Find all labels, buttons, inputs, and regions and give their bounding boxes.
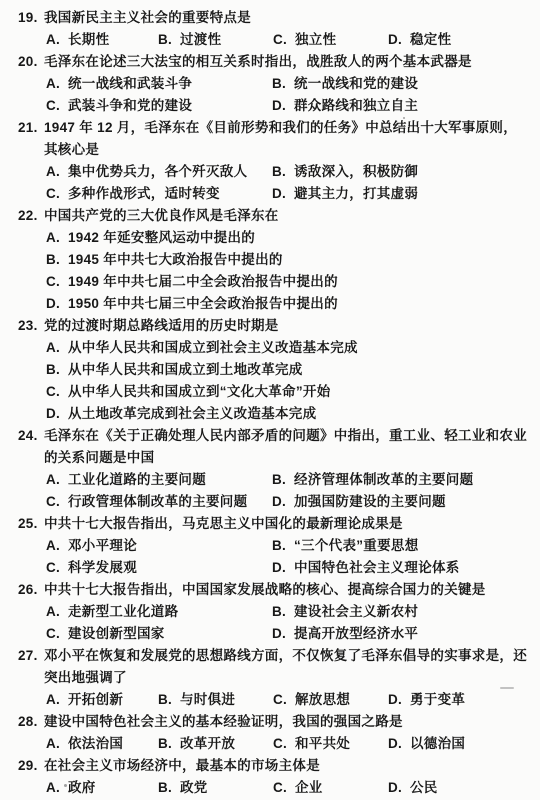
- question-28: 28. 建设中国特色社会主义的基本经验证明，我国的强国之路是 A. 依法治国 B…: [18, 711, 532, 755]
- option-letter: B.: [272, 161, 294, 183]
- question-stem: 28. 建设中国特色社会主义的基本经验证明，我国的强国之路是: [18, 711, 532, 733]
- answer-option-A: A. 政府: [46, 777, 158, 799]
- option-letter: B.: [158, 689, 180, 711]
- option-letter: A.: [46, 535, 68, 557]
- option-text: 公民: [410, 777, 532, 799]
- answer-option-C: C. 从中华人民共和国成立到“文化大革命”开始: [46, 381, 532, 403]
- question-stem: 22. 中国共产党的三大优良作风是毛泽东在: [18, 205, 532, 227]
- question-25: 25. 中共十七大报告指出，马克思主义中国化的最新理论成果是 A. 邓小平理论 …: [18, 513, 532, 579]
- answer-option-A: A. 长期性: [46, 29, 158, 51]
- option-letter: D.: [388, 29, 410, 51]
- question-number: 27.: [18, 645, 44, 667]
- option-text: 改革开放: [180, 733, 273, 755]
- question-number: 23.: [18, 315, 44, 337]
- option-letter: A.: [46, 469, 68, 491]
- question-26: 26. 中共十七大报告指出，中国国家发展战略的核心、提高综合国力的关键是 A. …: [18, 579, 532, 645]
- answer-option-D: D. 避其主力，打其虚弱: [272, 183, 532, 205]
- option-text: 统一战线和党的建设: [294, 73, 532, 95]
- option-text: 1950 年中共七届三中全会政治报告中提出的: [68, 293, 532, 315]
- option-letter: C.: [46, 623, 68, 645]
- answer-option-B: B. 从中华人民共和国成立到土地改革完成: [46, 359, 532, 381]
- answer-option-D: D. 稳定性: [388, 29, 532, 51]
- answer-option-A: A. 集中优势兵力，各个歼灭敌人: [46, 161, 272, 183]
- option-text: 统一战线和武装斗争: [68, 73, 272, 95]
- question-text: 在社会主义市场经济中，最基本的市场主体是: [44, 755, 532, 777]
- option-group: A. 工业化道路的主要问题 B. 经济管理体制改革的主要问题 C. 行政管理体制…: [18, 469, 532, 513]
- option-text: 邓小平理论: [68, 535, 272, 557]
- question-stem: 20. 毛泽东在论述三大法宝的相互关系时指出，战胜敌人的两个基本武器是: [18, 51, 532, 73]
- answer-option-A: A. 邓小平理论: [46, 535, 272, 557]
- option-text: 从中华人民共和国成立到“文化大革命”开始: [68, 381, 532, 403]
- question-list: 19. 我国新民主主义社会的重要特点是 A. 长期性 B. 过渡性 C. 独立性…: [18, 7, 532, 799]
- question-23: 23. 党的过渡时期总路线适用的历史时期是 A. 从中华人民共和国成立到社会主义…: [18, 315, 532, 425]
- option-text: 诱敌深入，积极防御: [294, 161, 532, 183]
- answer-option-A: A. 依法治国: [46, 733, 158, 755]
- option-text: 1949 年中共七届二中全会政治报告中提出的: [68, 271, 532, 293]
- option-text: 经济管理体制改革的主要问题: [294, 469, 532, 491]
- option-letter: A.: [46, 29, 68, 51]
- question-27: 27. 邓小平在恢复和发展党的思想路线方面，不仅恢复了毛泽东倡导的实事求是，还突…: [18, 645, 532, 711]
- answer-option-A: A. 1942 年延安整风运动中提出的: [46, 227, 532, 249]
- option-group: A. 走新型工业化道路 B. 建设社会主义新农村 C. 建设创新型国家 D. 提…: [18, 601, 532, 645]
- option-text: 科学发展观: [68, 557, 272, 579]
- option-letter: B.: [272, 535, 294, 557]
- answer-option-D: D. 1950 年中共七届三中全会政治报告中提出的: [46, 293, 532, 315]
- option-text: 1942 年延安整风运动中提出的: [68, 227, 532, 249]
- option-text: 稳定性: [410, 29, 532, 51]
- question-text: 我国新民主主义社会的重要特点是: [44, 7, 532, 29]
- option-text: 和平共处: [295, 733, 388, 755]
- option-text: 中国特色社会主义理论体系: [294, 557, 532, 579]
- option-text: 政府: [68, 777, 158, 799]
- option-text: 以德治国: [410, 733, 532, 755]
- question-text: 1947 年 12 月，毛泽东在《目前形势和我们的任务》中总结出十大军事原则，其…: [44, 117, 532, 161]
- question-text: 毛泽东在《关于正确处理人民内部矛盾的问题》中指出，重工业、轻工业和农业的关系问题…: [44, 425, 532, 469]
- option-letter: B.: [46, 359, 68, 381]
- option-text: 长期性: [68, 29, 158, 51]
- option-letter: C.: [273, 733, 295, 755]
- answer-option-B: B. 经济管理体制改革的主要问题: [272, 469, 532, 491]
- option-letter: D.: [272, 183, 294, 205]
- answer-option-D: D. 中国特色社会主义理论体系: [272, 557, 532, 579]
- option-letter: C.: [46, 381, 68, 403]
- answer-option-C: C. 多种作战形式，适时转变: [46, 183, 272, 205]
- option-text: 依法治国: [68, 733, 158, 755]
- option-letter: B.: [158, 733, 180, 755]
- answer-option-C: C. 独立性: [273, 29, 388, 51]
- option-letter: C.: [46, 183, 68, 205]
- option-text: 开拓创新: [68, 689, 158, 711]
- answer-option-A: A. 开拓创新: [46, 689, 158, 711]
- option-letter: C.: [46, 95, 68, 117]
- question-stem: 23. 党的过渡时期总路线适用的历史时期是: [18, 315, 532, 337]
- question-20: 20. 毛泽东在论述三大法宝的相互关系时指出，战胜敌人的两个基本武器是 A. 统…: [18, 51, 532, 117]
- option-group: A. 1942 年延安整风运动中提出的 B. 1945 年中共七大政治报告中提出…: [18, 227, 532, 315]
- question-stem: 25. 中共十七大报告指出，马克思主义中国化的最新理论成果是: [18, 513, 532, 535]
- option-letter: A.: [46, 161, 68, 183]
- option-text: 解放思想: [295, 689, 388, 711]
- scan-speck: [500, 687, 514, 689]
- answer-option-D: D. 以德治国: [388, 733, 532, 755]
- option-group: A. 统一战线和武装斗争 B. 统一战线和党的建设 C. 武装斗争和党的建设 D…: [18, 73, 532, 117]
- answer-option-C: C. 企业: [273, 777, 388, 799]
- question-number: 24.: [18, 425, 44, 447]
- option-letter: A.: [46, 601, 68, 623]
- option-group: A. 长期性 B. 过渡性 C. 独立性 D. 稳定性: [18, 29, 532, 51]
- question-number: 19.: [18, 7, 44, 29]
- question-text: 建设中国特色社会主义的基本经验证明，我国的强国之路是: [44, 711, 532, 733]
- option-letter: D.: [272, 623, 294, 645]
- answer-option-D: D. 群众路线和独立自主: [272, 95, 532, 117]
- option-text: 集中优势兵力，各个歼灭敌人: [68, 161, 272, 183]
- option-text: 走新型工业化道路: [68, 601, 272, 623]
- answer-option-B: B. “三个代表”重要思想: [272, 535, 532, 557]
- question-stem: 26. 中共十七大报告指出，中国国家发展战略的核心、提高综合国力的关键是: [18, 579, 532, 601]
- option-group: A. 从中华人民共和国成立到社会主义改造基本完成 B. 从中华人民共和国成立到土…: [18, 337, 532, 425]
- answer-option-B: B. 1945 年中共七大政治报告中提出的: [46, 249, 532, 271]
- question-text: 党的过渡时期总路线适用的历史时期是: [44, 315, 532, 337]
- exam-page: 19. 我国新民主主义社会的重要特点是 A. 长期性 B. 过渡性 C. 独立性…: [0, 0, 540, 800]
- question-stem: 24. 毛泽东在《关于正确处理人民内部矛盾的问题》中指出，重工业、轻工业和农业的…: [18, 425, 532, 469]
- answer-option-B: B. 与时俱进: [158, 689, 273, 711]
- option-letter: B.: [272, 73, 294, 95]
- answer-option-D: D. 从土地改革完成到社会主义改造基本完成: [46, 403, 532, 425]
- answer-option-A: A. 工业化道路的主要问题: [46, 469, 272, 491]
- option-text: 政党: [180, 777, 273, 799]
- option-text: 从中华人民共和国成立到社会主义改造基本完成: [68, 337, 532, 359]
- option-text: 群众路线和独立自主: [294, 95, 532, 117]
- question-29: 29. 在社会主义市场经济中，最基本的市场主体是 A. 政府 B. 政党 C. …: [18, 755, 532, 799]
- answer-option-B: B. 改革开放: [158, 733, 273, 755]
- option-text: 1945 年中共七大政治报告中提出的: [68, 249, 532, 271]
- answer-option-D: D. 公民: [388, 777, 532, 799]
- option-letter: B.: [158, 29, 180, 51]
- question-number: 20.: [18, 51, 44, 73]
- option-group: A. 邓小平理论 B. “三个代表”重要思想 C. 科学发展观 D. 中国特色社…: [18, 535, 532, 579]
- option-text: 提高开放型经济水平: [294, 623, 532, 645]
- option-text: 从土地改革完成到社会主义改造基本完成: [68, 403, 532, 425]
- option-letter: A.: [46, 227, 68, 249]
- scan-speck: [64, 784, 67, 787]
- option-letter: D.: [46, 293, 68, 315]
- option-group: A. 政府 B. 政党 C. 企业 D. 公民: [18, 777, 532, 799]
- option-text: 勇于变革: [410, 689, 532, 711]
- question-text: 邓小平在恢复和发展党的思想路线方面，不仅恢复了毛泽东倡导的实事求是，还突出地强调…: [44, 645, 532, 689]
- option-letter: B.: [272, 469, 294, 491]
- answer-option-C: C. 建设创新型国家: [46, 623, 272, 645]
- option-text: 多种作战形式，适时转变: [68, 183, 272, 205]
- option-letter: D.: [272, 557, 294, 579]
- option-letter: C.: [273, 777, 295, 799]
- question-24: 24. 毛泽东在《关于正确处理人民内部矛盾的问题》中指出，重工业、轻工业和农业的…: [18, 425, 532, 513]
- option-letter: C.: [273, 29, 295, 51]
- answer-option-C: C. 和平共处: [273, 733, 388, 755]
- option-letter: D.: [388, 777, 410, 799]
- option-letter: A.: [46, 777, 68, 799]
- option-letter: C.: [46, 491, 68, 513]
- answer-option-B: B. 建设社会主义新农村: [272, 601, 532, 623]
- option-letter: B.: [272, 601, 294, 623]
- question-text: 中国共产党的三大优良作风是毛泽东在: [44, 205, 532, 227]
- question-number: 29.: [18, 755, 44, 777]
- answer-option-B: B. 诱敌深入，积极防御: [272, 161, 532, 183]
- question-number: 25.: [18, 513, 44, 535]
- option-letter: A.: [46, 689, 68, 711]
- option-text: 建设创新型国家: [68, 623, 272, 645]
- question-19: 19. 我国新民主主义社会的重要特点是 A. 长期性 B. 过渡性 C. 独立性…: [18, 7, 532, 51]
- option-letter: C.: [273, 689, 295, 711]
- option-letter: D.: [388, 733, 410, 755]
- option-letter: D.: [46, 403, 68, 425]
- answer-option-B: B. 政党: [158, 777, 273, 799]
- answer-option-D: D. 加强国防建设的主要问题: [272, 491, 532, 513]
- answer-option-D: D. 提高开放型经济水平: [272, 623, 532, 645]
- option-letter: B.: [46, 249, 68, 271]
- question-number: 28.: [18, 711, 44, 733]
- answer-option-A: A. 走新型工业化道路: [46, 601, 272, 623]
- question-text: 毛泽东在论述三大法宝的相互关系时指出，战胜敌人的两个基本武器是: [44, 51, 532, 73]
- option-text: 过渡性: [180, 29, 273, 51]
- answer-option-C: C. 解放思想: [273, 689, 388, 711]
- question-22: 22. 中国共产党的三大优良作风是毛泽东在 A. 1942 年延安整风运动中提出…: [18, 205, 532, 315]
- option-text: 武装斗争和党的建设: [68, 95, 272, 117]
- answer-option-A: A. 从中华人民共和国成立到社会主义改造基本完成: [46, 337, 532, 359]
- answer-option-C: C. 行政管理体制改革的主要问题: [46, 491, 272, 513]
- option-text: 建设社会主义新农村: [294, 601, 532, 623]
- answer-option-B: B. 统一战线和党的建设: [272, 73, 532, 95]
- question-stem: 21. 1947 年 12 月，毛泽东在《目前形势和我们的任务》中总结出十大军事…: [18, 117, 532, 161]
- answer-option-C: C. 1949 年中共七届二中全会政治报告中提出的: [46, 271, 532, 293]
- option-text: “三个代表”重要思想: [294, 535, 532, 557]
- option-letter: A.: [46, 73, 68, 95]
- answer-option-B: B. 过渡性: [158, 29, 273, 51]
- option-letter: D.: [272, 95, 294, 117]
- question-number: 22.: [18, 205, 44, 227]
- option-letter: C.: [46, 271, 68, 293]
- option-group: A. 集中优势兵力，各个歼灭敌人 B. 诱敌深入，积极防御 C. 多种作战形式，…: [18, 161, 532, 205]
- answer-option-D: D. 勇于变革: [388, 689, 532, 711]
- option-letter: C.: [46, 557, 68, 579]
- question-number: 26.: [18, 579, 44, 601]
- question-21: 21. 1947 年 12 月，毛泽东在《目前形势和我们的任务》中总结出十大军事…: [18, 117, 532, 205]
- scan-speck: [403, 117, 405, 119]
- option-text: 加强国防建设的主要问题: [294, 491, 532, 513]
- question-stem: 27. 邓小平在恢复和发展党的思想路线方面，不仅恢复了毛泽东倡导的实事求是，还突…: [18, 645, 532, 689]
- option-group: A. 依法治国 B. 改革开放 C. 和平共处 D. 以德治国: [18, 733, 532, 755]
- option-text: 与时俱进: [180, 689, 273, 711]
- option-letter: D.: [272, 491, 294, 513]
- option-letter: A.: [46, 337, 68, 359]
- answer-option-C: C. 武装斗争和党的建设: [46, 95, 272, 117]
- option-text: 从中华人民共和国成立到土地改革完成: [68, 359, 532, 381]
- option-text: 工业化道路的主要问题: [68, 469, 272, 491]
- answer-option-A: A. 统一战线和武装斗争: [46, 73, 272, 95]
- option-group: A. 开拓创新 B. 与时俱进 C. 解放思想 D. 勇于变革: [18, 689, 532, 711]
- option-letter: B.: [158, 777, 180, 799]
- option-text: 企业: [295, 777, 388, 799]
- question-number: 21.: [18, 117, 44, 139]
- answer-option-C: C. 科学发展观: [46, 557, 272, 579]
- option-letter: D.: [388, 689, 410, 711]
- option-text: 行政管理体制改革的主要问题: [68, 491, 272, 513]
- question-stem: 19. 我国新民主主义社会的重要特点是: [18, 7, 532, 29]
- question-text: 中共十七大报告指出，马克思主义中国化的最新理论成果是: [44, 513, 532, 535]
- option-text: 独立性: [295, 29, 388, 51]
- option-letter: A.: [46, 733, 68, 755]
- question-text: 中共十七大报告指出，中国国家发展战略的核心、提高综合国力的关键是: [44, 579, 532, 601]
- option-text: 避其主力，打其虚弱: [294, 183, 532, 205]
- question-stem: 29. 在社会主义市场经济中，最基本的市场主体是: [18, 755, 532, 777]
